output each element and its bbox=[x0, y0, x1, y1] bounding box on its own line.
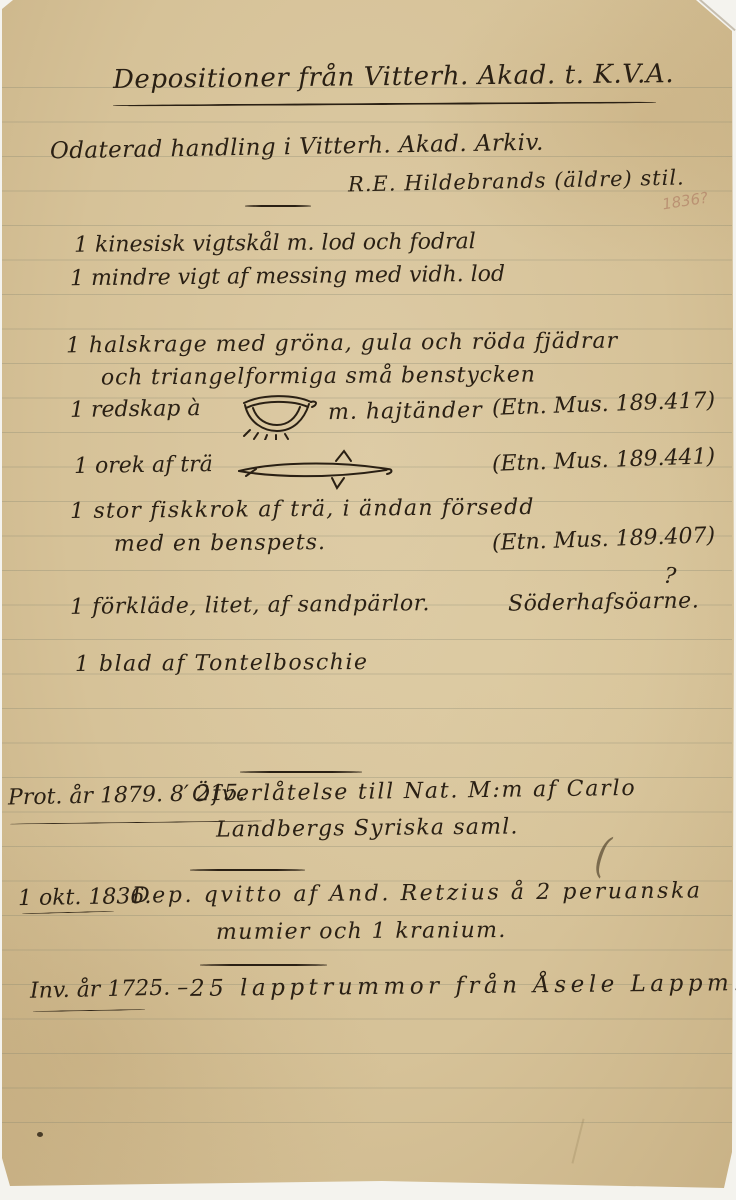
query-mark: ? bbox=[663, 563, 677, 589]
ink-blot bbox=[37, 1132, 43, 1137]
entry-label: Inv. år 1725. – bbox=[30, 975, 189, 1004]
entry-text-continuation: Landbergs Syriska saml. bbox=[216, 814, 519, 842]
inventory-item: 1 blad af Tontelboschie bbox=[75, 650, 369, 677]
entry-text: Dep. qvitto af And. Retzius å 2 peruansk… bbox=[132, 879, 703, 909]
inventory-item: 1 halskrage med gröna, gula och röda fjä… bbox=[66, 329, 618, 359]
provenance-dash bbox=[245, 205, 311, 207]
section-separator bbox=[190, 869, 305, 871]
inventory-item-continuation: med en benspets. bbox=[114, 530, 326, 557]
inventory-item: 1 stor fiskkrok af trä, i ändan försedd bbox=[70, 495, 535, 524]
section-separator bbox=[200, 964, 327, 966]
inventory-item: 1 orek af trä bbox=[74, 452, 213, 479]
inventory-item: 1 kinesisk vigtskål m. lod och fodral bbox=[74, 229, 476, 258]
inventory-item-continuation: och triangelformiga små benstycken bbox=[101, 362, 536, 390]
inventory-item: 1 redskap à bbox=[70, 396, 201, 423]
inventory-item: 1 förkläde, litet, af sandpärlor. bbox=[70, 591, 430, 620]
inventory-item-continuation: m. hajtänder bbox=[328, 398, 483, 425]
inventory-item-place: Söderhafsöarne. bbox=[508, 588, 700, 616]
inventory-item: 1 mindre vigt af messing med vidh. lod bbox=[70, 262, 505, 292]
document-title: Depositioner från Vitterh. Akad. t. K.V.… bbox=[113, 59, 675, 95]
entry-text-continuation: mumier och 1 kranium. bbox=[216, 918, 507, 945]
fish-sketch-icon bbox=[236, 448, 396, 492]
bowl-sketch-icon bbox=[238, 390, 318, 440]
section-separator bbox=[240, 771, 362, 773]
